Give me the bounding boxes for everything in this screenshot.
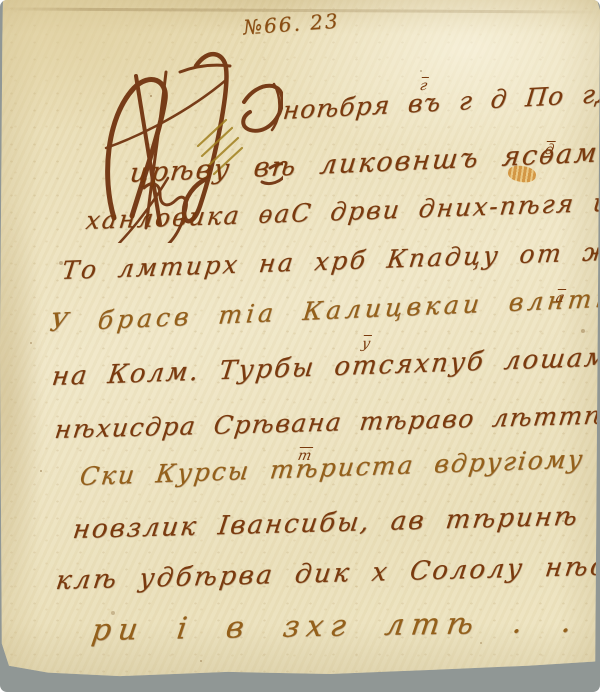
- manuscript-line: Ски Курсы тѣриста вдругіому порѣ: [78, 441, 600, 491]
- ink-specks: [0, 0, 2, 2]
- ink-stain: [0, 200, 44, 600]
- manuscript-line: на Колм. Турбы отсяхпуб лошамарн: [50, 341, 600, 392]
- manuscript-line: У брасв тіа Калицвкаи влнтѣ: [48, 283, 600, 337]
- manuscript-line: нѣхисдра Срѣвана тѣраво лѣттѣ Сро: [53, 399, 600, 444]
- manuscript-line: ри і в зхг лтѣ . .: [90, 604, 581, 648]
- parchment-sheet: №66. 23 ноѣ: [0, 0, 600, 692]
- manuscript-line: ноѣбря въ г д По гДрѣву: [281, 75, 600, 125]
- manuscript-line: клѣ удбѣрва дик х Сололу нѣсвлм: [54, 550, 600, 596]
- superscript-mark: у: [360, 336, 372, 352]
- manuscript-line: новзлик Івансибы, ав тѣринѣ исод: [71, 499, 600, 545]
- manuscript-photo: №66. 23 ноѣ: [0, 0, 600, 692]
